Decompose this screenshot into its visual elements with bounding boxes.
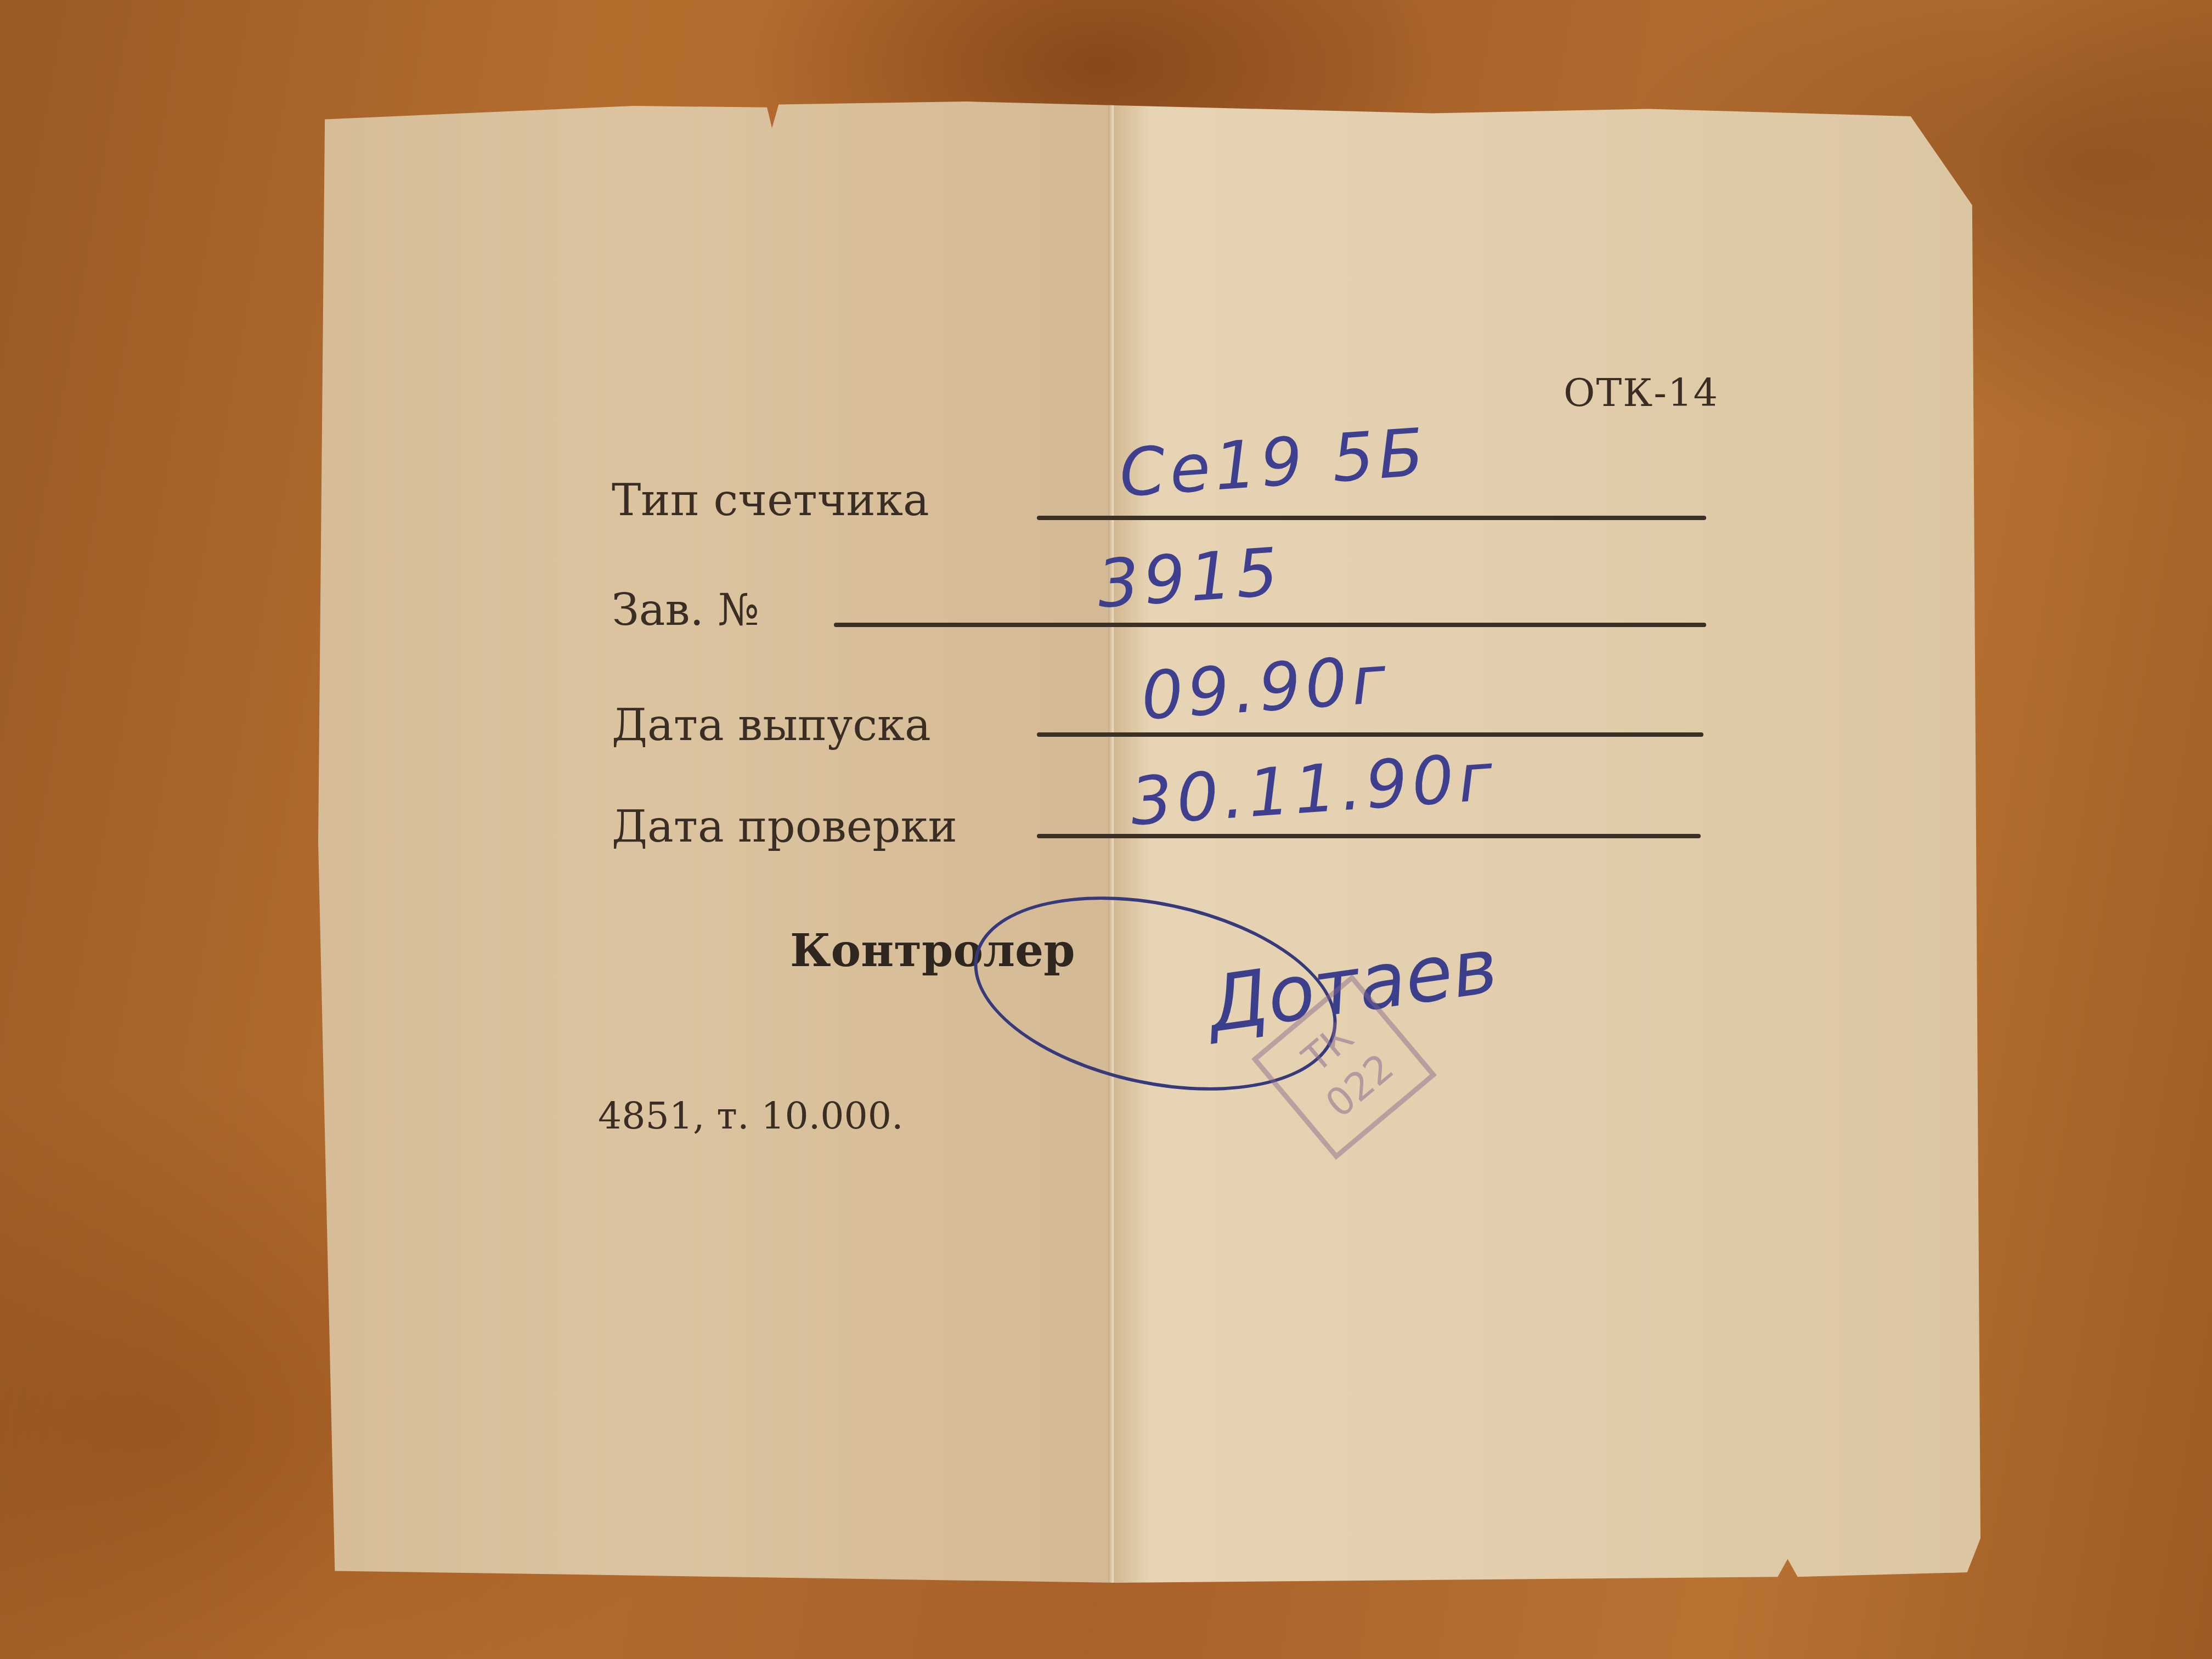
form-code: ОТК-14 <box>1564 370 1719 415</box>
fold-crease <box>1108 101 1114 1583</box>
field-label-check-date: Дата проверки <box>612 801 957 852</box>
field-line-release-date <box>1037 732 1703 737</box>
print-run-info: 4851, т. 10.000. <box>598 1094 904 1138</box>
field-label-meter-type: Тип счетчика <box>612 475 929 526</box>
field-value-serial-number: 3915 <box>1095 534 1285 623</box>
field-value-check-date: 30.11.90г <box>1128 739 1499 840</box>
field-label-serial-number: Зав. № <box>612 584 759 635</box>
field-line-serial-number <box>834 623 1706 627</box>
field-label-release-date: Дата выпуска <box>612 699 931 751</box>
inspection-slip: ОТК-14 Тип счетчика Се19 5Б Зав. № 3915 … <box>318 101 1980 1583</box>
field-line-meter-type <box>1037 516 1706 520</box>
field-value-meter-type: Се19 5Б <box>1117 415 1430 512</box>
field-value-release-date: 09.90г <box>1139 641 1393 735</box>
